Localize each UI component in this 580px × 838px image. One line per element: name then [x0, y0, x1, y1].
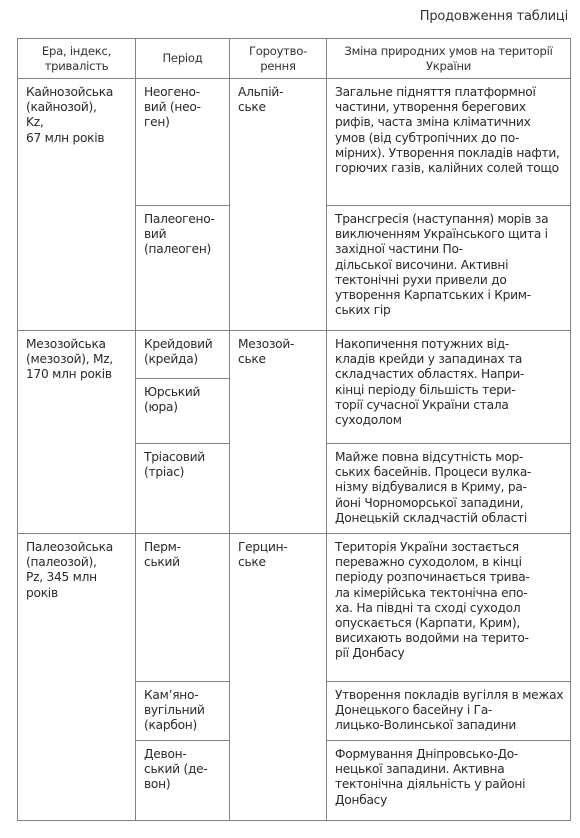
- header-era: Ера, індекс, тривалість: [18, 39, 136, 79]
- header-changes: Зміна природних умов на території Україн…: [327, 39, 571, 79]
- period-cell: Крейдовий (крейда): [136, 331, 230, 379]
- period-cell: Неогено- вий (нео- ген): [136, 79, 230, 206]
- changes-cell: Утворення покладів вугілля в межах Донец…: [327, 682, 571, 741]
- period-cell: Перм- ський: [136, 534, 230, 682]
- table-row: Мезозойська (мезозой), Mz, 170 млн років…: [18, 331, 571, 379]
- geological-eras-table: Ера, індекс, тривалість Період Гороутво-…: [17, 38, 571, 821]
- period-cell: Девон- ський (де- вон): [136, 741, 230, 821]
- table-row: Палеозойська (палеозой), Pz, 345 млн рок…: [18, 534, 571, 682]
- table-header-row: Ера, індекс, тривалість Період Гороутво-…: [18, 39, 571, 79]
- changes-cell: Формування Дніпровсько-До- нецької запад…: [327, 741, 571, 821]
- changes-cell: Територія України зостається переважно с…: [327, 534, 571, 682]
- table-row: Кайнозойська (кайнозой), Kz, 67 млн рокі…: [18, 79, 571, 206]
- period-cell: Тріасовий (тріас): [136, 444, 230, 534]
- period-cell: Палеогено- вий (палеоген): [136, 206, 230, 331]
- orogeny-cell: Мезозой- ське: [230, 331, 327, 534]
- changes-cell: Загальне підняття платформної частини, у…: [327, 79, 571, 206]
- changes-cell: Накопичення потужних від- кладів крейди …: [327, 331, 571, 444]
- era-cell: Мезозойська (мезозой), Mz, 170 млн років: [18, 331, 136, 534]
- era-cell: Палеозойська (палеозой), Pz, 345 млн рок…: [18, 534, 136, 821]
- changes-cell: Трансгресія (наступання) морів за виключ…: [327, 206, 571, 331]
- period-cell: Кам’яно- вугільний (карбон): [136, 682, 230, 741]
- changes-cell: Майже повна відсутність мор- ських басей…: [327, 444, 571, 534]
- header-period: Період: [136, 39, 230, 79]
- orogeny-cell: Герцин- ське: [230, 534, 327, 821]
- orogeny-cell: Альпій- ське: [230, 79, 327, 331]
- table-continuation-caption: Продовження таблиці: [420, 9, 568, 24]
- era-cell: Кайнозойська (кайнозой), Kz, 67 млн рокі…: [18, 79, 136, 331]
- period-cell: Юрський (юра): [136, 379, 230, 444]
- header-orogeny: Гороутво- рення: [230, 39, 327, 79]
